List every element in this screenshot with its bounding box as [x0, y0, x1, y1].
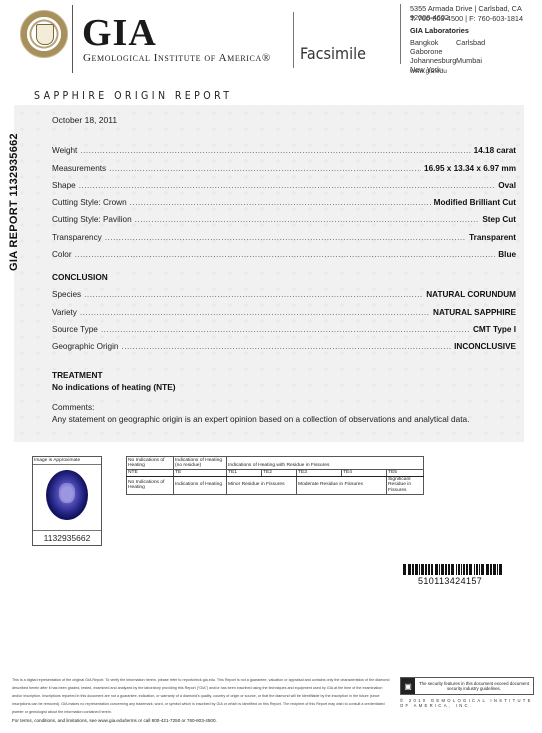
detail-row-weight: Weight14.18 carat — [52, 146, 516, 158]
table-cell: TE5 — [387, 470, 424, 477]
phone-line: T: 760-603-4500 | F: 760-603-1814 — [410, 14, 523, 23]
detail-value: Oval — [498, 181, 516, 190]
shield-icon — [36, 24, 54, 45]
conclusion-label: Species — [52, 290, 81, 299]
detail-value: Modified Brilliant Cut — [434, 198, 516, 207]
table-cell: Indications of Heating with Residue in F… — [227, 457, 424, 470]
conclusion-value: CMT Type I — [473, 325, 516, 334]
gem-image-box: Image is Approximate 1132935662 — [32, 456, 102, 546]
side-report-number: GIA REPORT 1132935662 — [8, 111, 20, 271]
gia-seal-logo — [20, 10, 68, 58]
treatment-heading: TREATMENT — [52, 370, 103, 380]
table-cell: TE2 — [262, 470, 297, 477]
treatment-scale-table: No Indications of Heating Indications of… — [126, 456, 424, 495]
conclusion-label: Variety — [52, 308, 77, 317]
detail-label: Cutting Style: Crown — [52, 198, 127, 207]
table-cell: Indications of Heating (no residue) — [174, 457, 227, 470]
conclusion-heading: CONCLUSION — [52, 272, 108, 282]
report-date: October 18, 2011 — [52, 115, 117, 125]
detail-row-measurements: Measurements16.95 x 13.34 x 6.97 mm — [52, 164, 516, 176]
conclusion-label: Source Type — [52, 325, 98, 334]
lock-icon: ▣ — [401, 678, 415, 694]
detail-value: 14.18 carat — [474, 146, 516, 155]
table-row: No Indications of Heating Indications of… — [127, 457, 424, 470]
image-report-number: 1132935662 — [33, 530, 101, 545]
detail-row-pavilion: Cutting Style: PavilionStep Cut — [52, 215, 516, 227]
fine-print-disclaimer: This is a digital representation of the … — [12, 676, 392, 716]
image-caption: Image is Approximate — [33, 457, 101, 465]
detail-label: Cutting Style: Pavilion — [52, 215, 132, 224]
table-cell: NTE — [127, 470, 174, 477]
security-text: The security features in this document e… — [415, 681, 533, 692]
detail-label: Weight — [52, 146, 77, 155]
detail-label: Transparency — [52, 233, 102, 242]
comments-text: Any statement on geographic origin is an… — [52, 414, 469, 424]
detail-row-shape: ShapeOval — [52, 181, 516, 193]
table-cell: TE3 — [297, 470, 342, 477]
conclusion-row-origin: Geographic OriginINCONCLUSIVE — [52, 342, 516, 354]
gia-logo-text: GIA — [82, 14, 157, 52]
conclusion-value: NATURAL CORUNDUM — [426, 290, 516, 299]
detail-value: Blue — [498, 250, 516, 259]
lab-location: Mumbai — [456, 56, 502, 65]
table-cell: TE4 — [342, 470, 387, 477]
divider — [400, 4, 401, 64]
copyright: © 2010 GEMOLOGICAL INSTITUTE OF AMERICA,… — [400, 698, 542, 708]
comments-label: Comments: — [52, 402, 94, 412]
detail-row-color: ColorBlue — [52, 250, 516, 262]
detail-value: Step Cut — [482, 215, 516, 224]
detail-label: Measurements — [52, 164, 106, 173]
barcode-number: 510113424157 — [418, 576, 482, 586]
lab-location: Gaborone — [410, 47, 456, 56]
lab-location: Johannesburg — [410, 56, 456, 65]
conclusion-value: NATURAL SAPPHIRE — [433, 308, 516, 317]
detail-value: 16.95 x 13.34 x 6.97 mm — [424, 164, 516, 173]
detail-row-crown: Cutting Style: CrownModified Brilliant C… — [52, 198, 516, 210]
table-row: No Indications of Heating Indications of… — [127, 476, 424, 494]
conclusion-value: INCONCLUSIVE — [454, 342, 516, 351]
labs-title: GIA Laboratories — [410, 26, 469, 35]
table-cell: No Indications of Heating — [127, 476, 174, 494]
conclusion-label: Geographic Origin — [52, 342, 118, 351]
detail-value: Transparent — [469, 233, 516, 242]
table-cell: Indications of Heating — [174, 476, 227, 494]
conclusion-row-species: SpeciesNATURAL CORUNDUM — [52, 290, 516, 302]
divider — [293, 12, 294, 68]
table-cell: TE1 — [227, 470, 262, 477]
table-cell: Significant Residue in Fissures — [387, 476, 424, 494]
conclusion-row-variety: VarietyNATURAL SAPPHIRE — [52, 308, 516, 320]
table-cell: Minor Residue in Fissures — [227, 476, 297, 494]
facsimile-label: Facsimile — [300, 44, 366, 63]
report-title: SAPPHIRE ORIGIN REPORT — [34, 90, 232, 102]
table-row: NTE TE TE1 TE2 TE3 TE4 TE5 — [127, 470, 424, 477]
gia-full-name: Gemological Institute of America® — [83, 52, 271, 64]
conclusion-row-source-type: Source TypeCMT Type I — [52, 325, 516, 337]
security-notice: ▣ The security features in this document… — [400, 677, 534, 695]
website-link[interactable]: www.gia.edu — [410, 67, 447, 76]
table-cell: Moderate Residue in Fissures — [297, 476, 387, 494]
detail-label: Shape — [52, 181, 76, 190]
gem-facet-highlight — [59, 483, 75, 503]
table-cell: No Indications of Heating — [127, 457, 174, 470]
treatment-value: No indications of heating (NTE) — [52, 382, 176, 392]
divider — [72, 5, 73, 73]
barcode — [403, 564, 517, 575]
detail-label: Color — [52, 250, 72, 259]
lab-location: Carlsbad — [456, 38, 502, 47]
table-cell: TE — [174, 470, 227, 477]
detail-row-transparency: TransparencyTransparent — [52, 233, 516, 245]
terms-link-text[interactable]: For terms, conditions, and limitations, … — [12, 718, 217, 723]
lab-location: Bangkok — [410, 38, 456, 47]
